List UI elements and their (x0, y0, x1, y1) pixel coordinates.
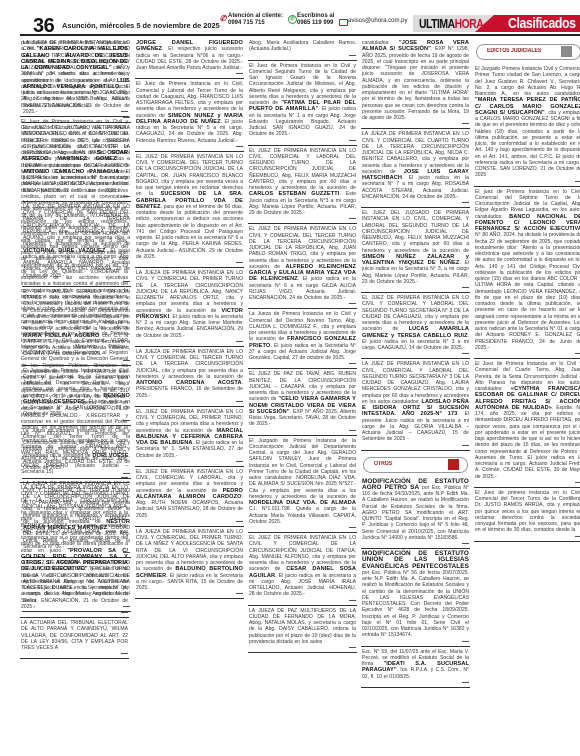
notice-body-tail: N° 80 AÑO. 2024. ha dictado la providenc… (475, 232, 580, 351)
notice-body: El Juzgado de Primera Instancia de la Ci… (249, 438, 356, 500)
notice-body: por Esc. Pública N° 116 de fecha 04/10/2… (362, 485, 469, 541)
classified-notice: LA JUEZ DE PRIMERA INSTANCIA EN LO CIVIL… (361, 359, 470, 450)
notice-code-mark: ▬▬ (362, 351, 469, 355)
classified-notice: LA JUEZA DE PRIMERA INSTANCIA EN LO CIVI… (135, 268, 244, 347)
notice-title: MODIFICACIÓN DE ESTATUTO UNIÓN DE LAS IG… (362, 550, 469, 570)
classified-notice: El Juez de Primera Instancia en lo Civil… (474, 359, 580, 488)
notice-code-mark: ▬▬ (249, 598, 356, 602)
notice-body-tail: . cita y emplaza a CARLOS MARIO GONZALEZ… (475, 110, 580, 179)
notice-code-mark: ▬▬ (362, 639, 469, 643)
notice-body-tail: AÑO 2024 N° 34 diucir sus acciones bajo … (21, 65, 128, 109)
classified-notice: LA ACTUARIA DEL TRIBUNAL ELECTORAL DE AL… (20, 618, 129, 659)
column-6: publicación del presente edicto, compare… (20, 38, 129, 738)
classified-notice: Esc. N° 59, del 11/07/25 ante el Esc. Ma… (361, 647, 470, 688)
section-header-edictos: EDICTOS JUDICIALES (476, 44, 580, 60)
notice-body: EL JUEZ DE PRIMERA INSTANCIA EN LO CIVIL… (249, 148, 356, 192)
classified-notice: Abog. María Auxiliadora Caballero Ramos.… (248, 38, 357, 61)
notice-body: LA JUEZA DE PRIMERA INSTANCIA EN LO CIVI… (21, 485, 128, 554)
notice-code-mark: ▬▬ (362, 200, 469, 204)
section-label: OTROS (374, 461, 392, 467)
notice-code-mark: ▬▬ (475, 534, 580, 538)
classified-notice: El juez de Primera Instancia en lo Civil… (474, 187, 580, 360)
notice-body: LA ACTUARIA DEL TRIBUNAL ELECTORAL DE AL… (21, 620, 128, 651)
notice-body: EL JUEZ DEL JUZGADO DE PRIMERA INSTANCIA… (362, 210, 469, 254)
gavel-icon (561, 46, 572, 57)
notice-code-mark: ▬▬ (136, 339, 243, 343)
notice-body: LA JUEZA DE PRIMERA INSTANCIA EN LO CIVI… (136, 349, 243, 380)
notice-subject: CARLOS ESTEBAN GUZZETTI (249, 191, 339, 197)
notice-code-mark: ▬▬ (249, 428, 356, 432)
classified-notice: LA JUEZA DE PAZ MULTIFUEROS DE LA CIUDAD… (248, 606, 357, 654)
customer-service-label: Atención al cliente: (228, 13, 283, 20)
classified-notice: EL JUEZ DE PRIMERA INSTANCIA EN LO CIVIL… (248, 146, 357, 225)
email-contact: avisos@uhora.com.py (348, 18, 407, 25)
customer-service-contact: ✆ Atención al cliente: 0994 715 715 (228, 13, 283, 27)
notice-code-mark: ▬▬ (362, 680, 469, 684)
classified-notice: EL JUEZ DEL JUZGADO DE PRIMERA INSTANCIA… (361, 208, 470, 293)
notice-code-mark: ▬▬ (249, 301, 356, 305)
email-address: avisos@uhora.com.py (348, 18, 407, 25)
megaphone-icon (448, 459, 459, 470)
notice-code-mark: ▬▬ (136, 260, 243, 264)
notice-body: El Juez de primera instancia en lo Civil… (475, 490, 580, 534)
notice-code-mark: ▬▬ (21, 651, 128, 655)
notice-code-mark: ▬▬ (475, 351, 580, 355)
notice-code-mark: ▬▬ (249, 361, 356, 365)
classified-notice: EL JUEZ DE PRIMERA INSTANCIA EN LO CIVIL… (248, 533, 357, 606)
notice-code-mark: ▬▬ (136, 519, 243, 523)
envelope-icon (339, 19, 348, 26)
section-label: EDICTOS JUDICIALES (487, 48, 541, 54)
header-rule (20, 34, 580, 36)
notice-code-mark: ▬▬ (136, 399, 243, 403)
whatsapp-icon: ✆ (288, 15, 297, 24)
logo-part-ultima: ULTIMA (419, 16, 455, 31)
notice-body: LA JUEZA DE PAZ MULTIFUEROS DE LA CIUDAD… (249, 608, 356, 645)
notice-code-mark: ▬▬ (136, 591, 243, 595)
classified-notice: El Juzgado de Primera Instancia de la Ci… (248, 436, 357, 534)
notice-body-tail: . EXP N° 1298, AÑO 2025, proveído de fec… (362, 46, 469, 121)
notice-code-mark: ▬▬ (136, 71, 243, 75)
notice-code-mark: ▬▬ (21, 475, 128, 479)
page-header: 36 Asunción, miércoles 5 de noviembre de… (0, 0, 580, 34)
notice-code-mark: ▬▬ (249, 525, 356, 529)
notice-code-mark: ▬▬ (249, 138, 356, 142)
classified-notice: La Jueza de Primera Instancia en lo Civi… (248, 309, 357, 369)
notice-code-mark: ▬▬ (249, 216, 356, 220)
classified-notice: EL JUEZ DE PRIMERA INSTANCIA EN LO CIVIL… (248, 224, 357, 309)
classified-notice: El Juez de Primera Instancia en lo Civil… (248, 61, 357, 146)
publication-date: Asunción, miércoles 5 de noviembre de 20… (62, 21, 220, 30)
notice-code-mark: ▬▬ (362, 541, 469, 545)
classified-notice: MODIFICACIÓN DE ESTATUTO AGRO PETRO SA p… (361, 477, 470, 550)
notice-code-mark: ▬▬ (362, 443, 469, 447)
whatsapp-contact: ✆ Escríbinos al 0985 119 999 (297, 13, 334, 27)
whatsapp-label: Escríbinos al (297, 13, 334, 20)
column-2: JORGE DANIEL FIGUEREDO GIMÉNEZ. El respe… (135, 38, 244, 738)
notice-subject: SIMEON NUÑEZ ZALAZAR y VALENTINA YNIQUEZ… (362, 254, 469, 266)
section-title: Clasificados (508, 15, 576, 32)
classified-notice: LA JUEZA DE PRIMERA INSTANCIA EN LO CIVI… (361, 129, 470, 208)
section-header-otros: OTROS (363, 457, 468, 473)
notice-code-mark: ▬▬ (475, 179, 580, 183)
notice-code-mark: ▬▬ (136, 459, 243, 463)
classified-notice: LA JUEZA DE PRIMERA INSTANCIA EN LO CIVI… (135, 527, 244, 600)
phone-icon: ✆ (219, 14, 227, 24)
notice-code-mark: ▬▬ (21, 109, 128, 113)
notice-code-mark: ▬▬ (249, 53, 356, 57)
column-5: EDICTOS JUDICIALESEl Juzgado Primera Ins… (474, 38, 580, 738)
classified-notice: MODIFICACIÓN DE ESTATUTO UNIÓN DE LAS IG… (361, 549, 470, 647)
whatsapp-number: 0985 119 999 (297, 20, 334, 27)
classified-notice: El Juzgado Primera Instancia Civil y Com… (474, 64, 580, 187)
notice-body-tail: . Expdte. N° 174, año 2025, se cita por … (475, 405, 580, 480)
logo-part-hora: HORA (455, 16, 484, 31)
classified-notice: EL JUEZ DE PRIMERA INSTANCIA EN LO CIVIL… (135, 407, 244, 467)
classified-columns: LA JUEZA DE PRIMERA INSTANCIA EN LO CIVI… (20, 38, 580, 738)
notice-body: Abog. María Auxiliadora Caballero Ramos.… (249, 40, 356, 52)
column-4: caratulados: "JOSE ROSA VERA ALMADA S/ S… (361, 38, 470, 738)
classified-notice: EL JUEZ DE PRIMERA INSTANCIA EN LO CIVIL… (361, 293, 470, 359)
classified-notice: LA JUEZA DE PRIMERA INSTANCIA EN LO CIVI… (20, 483, 129, 618)
customer-service-phone: 0994 715 715 (228, 20, 283, 27)
notice-body-tail: , para que en el término de 60 días, con… (136, 204, 243, 260)
classified-notice: El Juez de Primera Instancia en lo Civil… (135, 79, 244, 152)
notice-body: El Juzgado Primera Instancia Civil y Com… (475, 66, 580, 97)
classified-notice: El Juez de primera instancia en lo Civil… (474, 488, 580, 542)
notice-code-mark: ▬▬ (136, 144, 243, 148)
classified-notice: EL JUEZ DE PAZ DE TAVAÍ, ABG. RUBEN BENI… (248, 369, 357, 435)
classified-notice: EL JUEZ DE PRIMERA INSTANCIA EN LO CIVIL… (135, 152, 244, 268)
classified-notice: LA JUEZA DE PRIMERA INSTANCIA EN LO CIVI… (135, 347, 244, 407)
notice-body: por Esc. Pública N° 56 de fecha 20/07/20… (362, 570, 469, 639)
notice-code-mark: ▬▬ (249, 645, 356, 649)
notice-subject: ANTONIO CARDENA ACOSTA (136, 380, 242, 386)
notice-body-tail: , y en caso de no hacerlo así se le nomb… (21, 566, 128, 610)
notice-code-mark: ▬▬ (362, 285, 469, 289)
notice-body-tail: . - II.DEJAR establecido que OSCAR ALFRE… (21, 156, 128, 475)
notice-code-mark: ▬▬ (362, 121, 469, 125)
brand-banner: ULTIMAHORA Clasificados (413, 15, 580, 32)
notice-body-tail: C.I. N°1.011.798. Queda a cargo de la Ac… (249, 506, 356, 525)
classified-notice: El Juez de Primera Instancia en lo Civil… (20, 117, 129, 483)
column-3: Abog. María Auxiliadora Caballero Ramos.… (248, 38, 357, 738)
classified-notice: JORGE DANIEL FIGUEREDO GIMÉNEZ. El respe… (135, 38, 244, 79)
notice-code-mark: ▬▬ (21, 610, 128, 614)
notice-subject: NORDELINA DIAZ VDA. DE ALMADA (249, 500, 356, 506)
classified-notice: publicación del presente edicto, compare… (20, 38, 129, 117)
newspaper-logo: ULTIMAHORA (419, 16, 483, 31)
classified-notice: EL JUEZ DE PRIMERA INSTANCIA EN LO CIVIL… (135, 467, 244, 527)
classified-notice: caratulados: "JOSE ROSA VERA ALMADA S/ S… (361, 38, 470, 129)
notice-code-mark: ▬▬ (475, 480, 580, 484)
